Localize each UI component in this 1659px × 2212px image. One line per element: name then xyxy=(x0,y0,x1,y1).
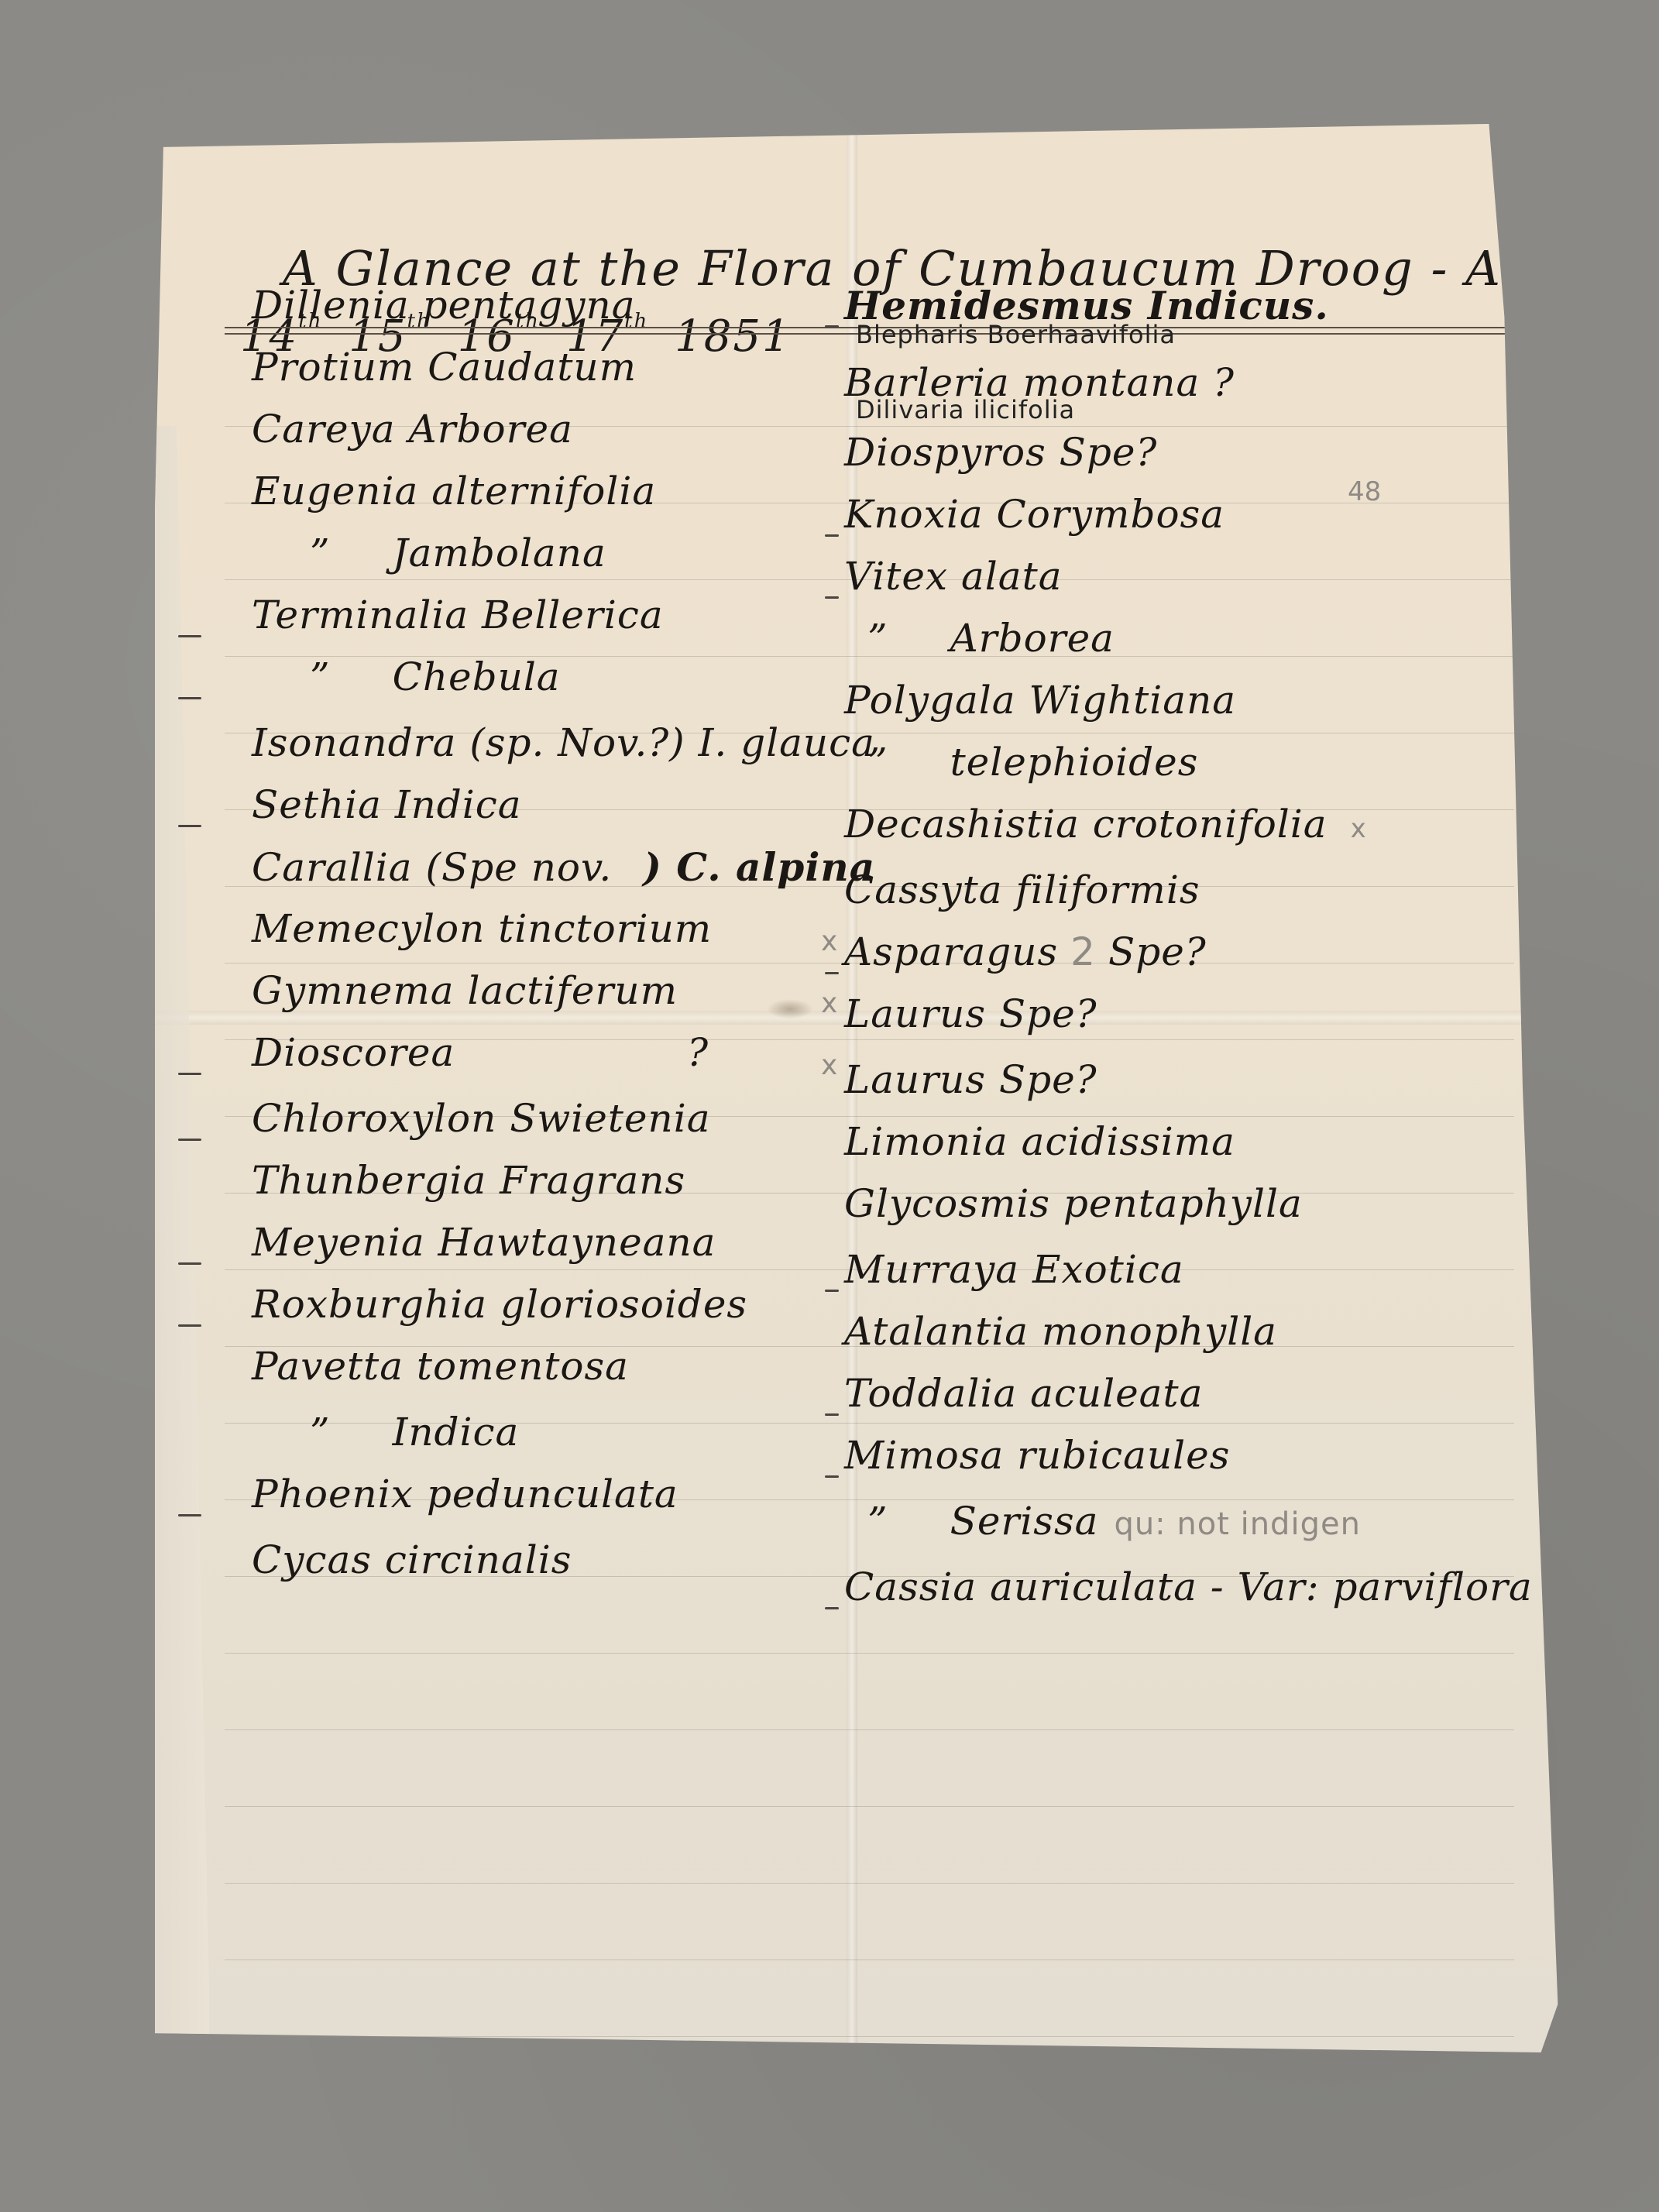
date-year: 1851 xyxy=(675,311,792,362)
species-name: Jambolana xyxy=(393,531,606,575)
species-name: Blepharis Boerhaavifolia xyxy=(856,320,1176,349)
ditto-mark: ” xyxy=(867,616,888,661)
ditto-mark: ” xyxy=(867,1499,888,1544)
species-name: Gymnema lactiferum xyxy=(252,968,678,1013)
species-entry: Glycosmis pentaphylla xyxy=(844,1181,1303,1226)
species-entry: Knoxia Corymbosa xyxy=(844,492,1224,537)
species-name: Memecylon tinctorium xyxy=(252,906,712,951)
margin-dash-mark xyxy=(178,635,201,637)
species-name: Dilivaria ilicifolia xyxy=(856,395,1075,424)
pencil-x-mark: x xyxy=(821,987,837,1019)
species-entry: Toddalia aculeata xyxy=(844,1371,1203,1416)
species-name: Meyenia Hawtayneana xyxy=(252,1220,716,1265)
species-name: Glycosmis pentaphylla xyxy=(844,1181,1303,1226)
species-entry: ”Indica xyxy=(310,1410,519,1455)
species-name: Cassia auriculata - Var: parviflora xyxy=(844,1565,1533,1609)
species-entry: ”Arborea xyxy=(867,616,1115,661)
species-entry: Meyenia Hawtayneana xyxy=(252,1220,716,1265)
margin-dash-mark xyxy=(178,697,201,699)
species-entry: ”telephioides xyxy=(867,740,1198,785)
pencil-note: qu: not indigen xyxy=(1114,1506,1360,1542)
species-entry: Cassia auriculata - Var: parviflora xyxy=(844,1565,1533,1609)
species-entry: Atalantia monophylla xyxy=(844,1309,1277,1354)
species-name: Sethia Indica xyxy=(252,782,522,827)
species-name: Roxburghia gloriosoides xyxy=(252,1282,747,1327)
species-entry: Eugenia alternifolia xyxy=(252,469,656,513)
species-annotation: Blepharis Boerhaavifolia xyxy=(856,320,1176,349)
species-name: Diospyros Spe? xyxy=(844,430,1157,475)
species-entry: Diospyros Spe? xyxy=(844,430,1157,475)
manuscript-page: A Glance at the Flora of Cumbaucum Droog… xyxy=(155,124,1561,2052)
species-name: Laurus Spe? xyxy=(844,991,1097,1036)
species-entry: ”Chebula xyxy=(310,654,561,699)
species-name: Atalantia monophylla xyxy=(844,1309,1277,1354)
species-name: Vitex alata xyxy=(844,554,1063,599)
species-entry: Dillenia pentagyna xyxy=(252,283,636,328)
pencil-insert: 2 xyxy=(1070,929,1096,974)
species-name: Eugenia alternifolia xyxy=(252,469,656,513)
species-name: Laurus Spe? xyxy=(844,1057,1097,1102)
species-name: Toddalia aculeata xyxy=(844,1371,1203,1416)
species-name: Chebula xyxy=(393,654,561,699)
species-entry: Cycas circinalis xyxy=(252,1537,572,1582)
margin-dash-mark xyxy=(825,534,839,537)
question-mark: ? xyxy=(687,1030,709,1075)
margin-dash-mark xyxy=(825,1475,839,1478)
species-entry: Chloroxylon Swietenia xyxy=(252,1096,711,1141)
species-entry: Cassyta filiformis xyxy=(844,867,1200,912)
species-entry: Decashistia crotonifoliax xyxy=(844,802,1367,847)
margin-dash-mark xyxy=(178,1139,201,1141)
species-name: Murraya Exotica xyxy=(844,1247,1184,1292)
pencil-x-mark: x xyxy=(821,926,837,957)
species-name: Pavetta tomentosa xyxy=(252,1344,629,1389)
ditto-mark: ” xyxy=(310,531,331,575)
species-entry: Thunbergia Fragrans xyxy=(252,1158,685,1203)
species-entry: Dioscorea? xyxy=(252,1030,709,1075)
species-entry: Roxburghia gloriosoides xyxy=(252,1282,747,1327)
species-entry: Memecylon tinctorium xyxy=(252,906,712,951)
species-name: Chloroxylon Swietenia xyxy=(252,1096,711,1141)
ruled-line xyxy=(225,2036,1514,2037)
margin-dash-mark xyxy=(825,972,839,974)
ruled-line xyxy=(225,1883,1514,1884)
species-annotation: ) C. alpina xyxy=(643,844,875,890)
ditto-mark: ” xyxy=(310,1410,331,1455)
species-annotation: Dilivaria ilicifolia xyxy=(856,395,1075,424)
species-entry: Asparagus2Spe? xyxy=(844,929,1207,974)
species-name: Decashistia crotonifolia xyxy=(844,802,1328,847)
species-entry: Isonandra (sp. Nov.?) I. glauca xyxy=(252,720,875,765)
species-entry: Murraya Exotica xyxy=(844,1247,1184,1292)
margin-dash-mark xyxy=(178,1262,201,1265)
species-name: Protium Caudatum xyxy=(252,345,637,390)
species-entry: Limonia acidissima xyxy=(844,1119,1235,1164)
margin-dash-mark xyxy=(178,1073,201,1075)
species-name: Thunbergia Fragrans xyxy=(252,1158,685,1203)
margin-dash-mark xyxy=(178,1324,201,1327)
species-name-suffix: Spe? xyxy=(1108,929,1207,974)
species-name: Terminalia Bellerica xyxy=(252,592,664,637)
species-entry: Pavetta tomentosa xyxy=(252,1344,629,1389)
species-name: Phoenix pedunculata xyxy=(252,1472,678,1516)
species-name: Indica xyxy=(393,1410,520,1455)
ditto-mark: ” xyxy=(867,740,888,785)
species-name: telephioides xyxy=(950,740,1199,785)
species-name: Serissa xyxy=(950,1499,1099,1544)
species-name: Limonia acidissima xyxy=(844,1119,1235,1164)
margin-dash-mark xyxy=(825,1413,839,1416)
species-entry: Sethia Indica xyxy=(252,782,522,827)
folded-left-edge xyxy=(155,426,209,2052)
species-name: Polygala Wightiana xyxy=(844,678,1236,723)
margin-dash-mark xyxy=(825,1290,839,1292)
species-name: Carallia (Spe nov. xyxy=(252,845,612,890)
margin-dash-mark xyxy=(825,596,839,599)
species-entry: Mimosa rubicaules xyxy=(844,1433,1230,1478)
species-name: Cycas circinalis xyxy=(252,1537,572,1582)
species-name: Arborea xyxy=(950,616,1115,661)
species-name: Knoxia Corymbosa xyxy=(844,492,1224,537)
ruled-line xyxy=(225,1960,1514,1960)
species-name: Mimosa rubicaules xyxy=(844,1433,1230,1478)
species-name: Cassyta filiformis xyxy=(844,867,1200,912)
margin-dash-mark xyxy=(825,325,839,328)
species-entry: Vitex alata xyxy=(844,554,1063,599)
species-entry: Gymnema lactiferum xyxy=(252,968,678,1013)
species-name: Asparagus xyxy=(844,929,1058,974)
species-entry: Protium Caudatum xyxy=(252,345,637,390)
margin-dash-mark xyxy=(178,825,201,827)
species-entry: Laurus Spe? xyxy=(844,991,1097,1036)
species-name: Dioscorea xyxy=(252,1030,455,1075)
species-name: Careya Arborea xyxy=(252,407,573,452)
species-entry: Carallia (Spe nov.) C. alpina xyxy=(252,844,875,890)
species-entry: Terminalia Bellerica xyxy=(252,592,664,637)
ruled-line xyxy=(225,1653,1514,1654)
ink-stain xyxy=(767,999,813,1019)
species-name: Dillenia pentagyna xyxy=(252,283,636,328)
margin-dash-mark xyxy=(825,1607,839,1609)
species-entry: Polygala Wightiana xyxy=(844,678,1236,723)
species-entry: ”Serissaqu: not indigen xyxy=(867,1499,1361,1544)
species-name: Isonandra (sp. Nov.?) I. glauca xyxy=(252,720,875,765)
margin-dash-mark xyxy=(178,1514,201,1516)
species-entry: Phoenix pedunculata xyxy=(252,1472,678,1516)
species-entry: Laurus Spe? xyxy=(844,1057,1097,1102)
ruled-line xyxy=(225,1806,1514,1807)
pencil-x-mark: x xyxy=(1351,813,1367,844)
pencil-x-mark: x xyxy=(821,1049,837,1081)
ditto-mark: ” xyxy=(310,654,331,699)
species-entry: ”Jambolana xyxy=(310,531,606,575)
species-entry: Careya Arborea xyxy=(252,407,573,452)
ruled-line xyxy=(225,1729,1514,1730)
